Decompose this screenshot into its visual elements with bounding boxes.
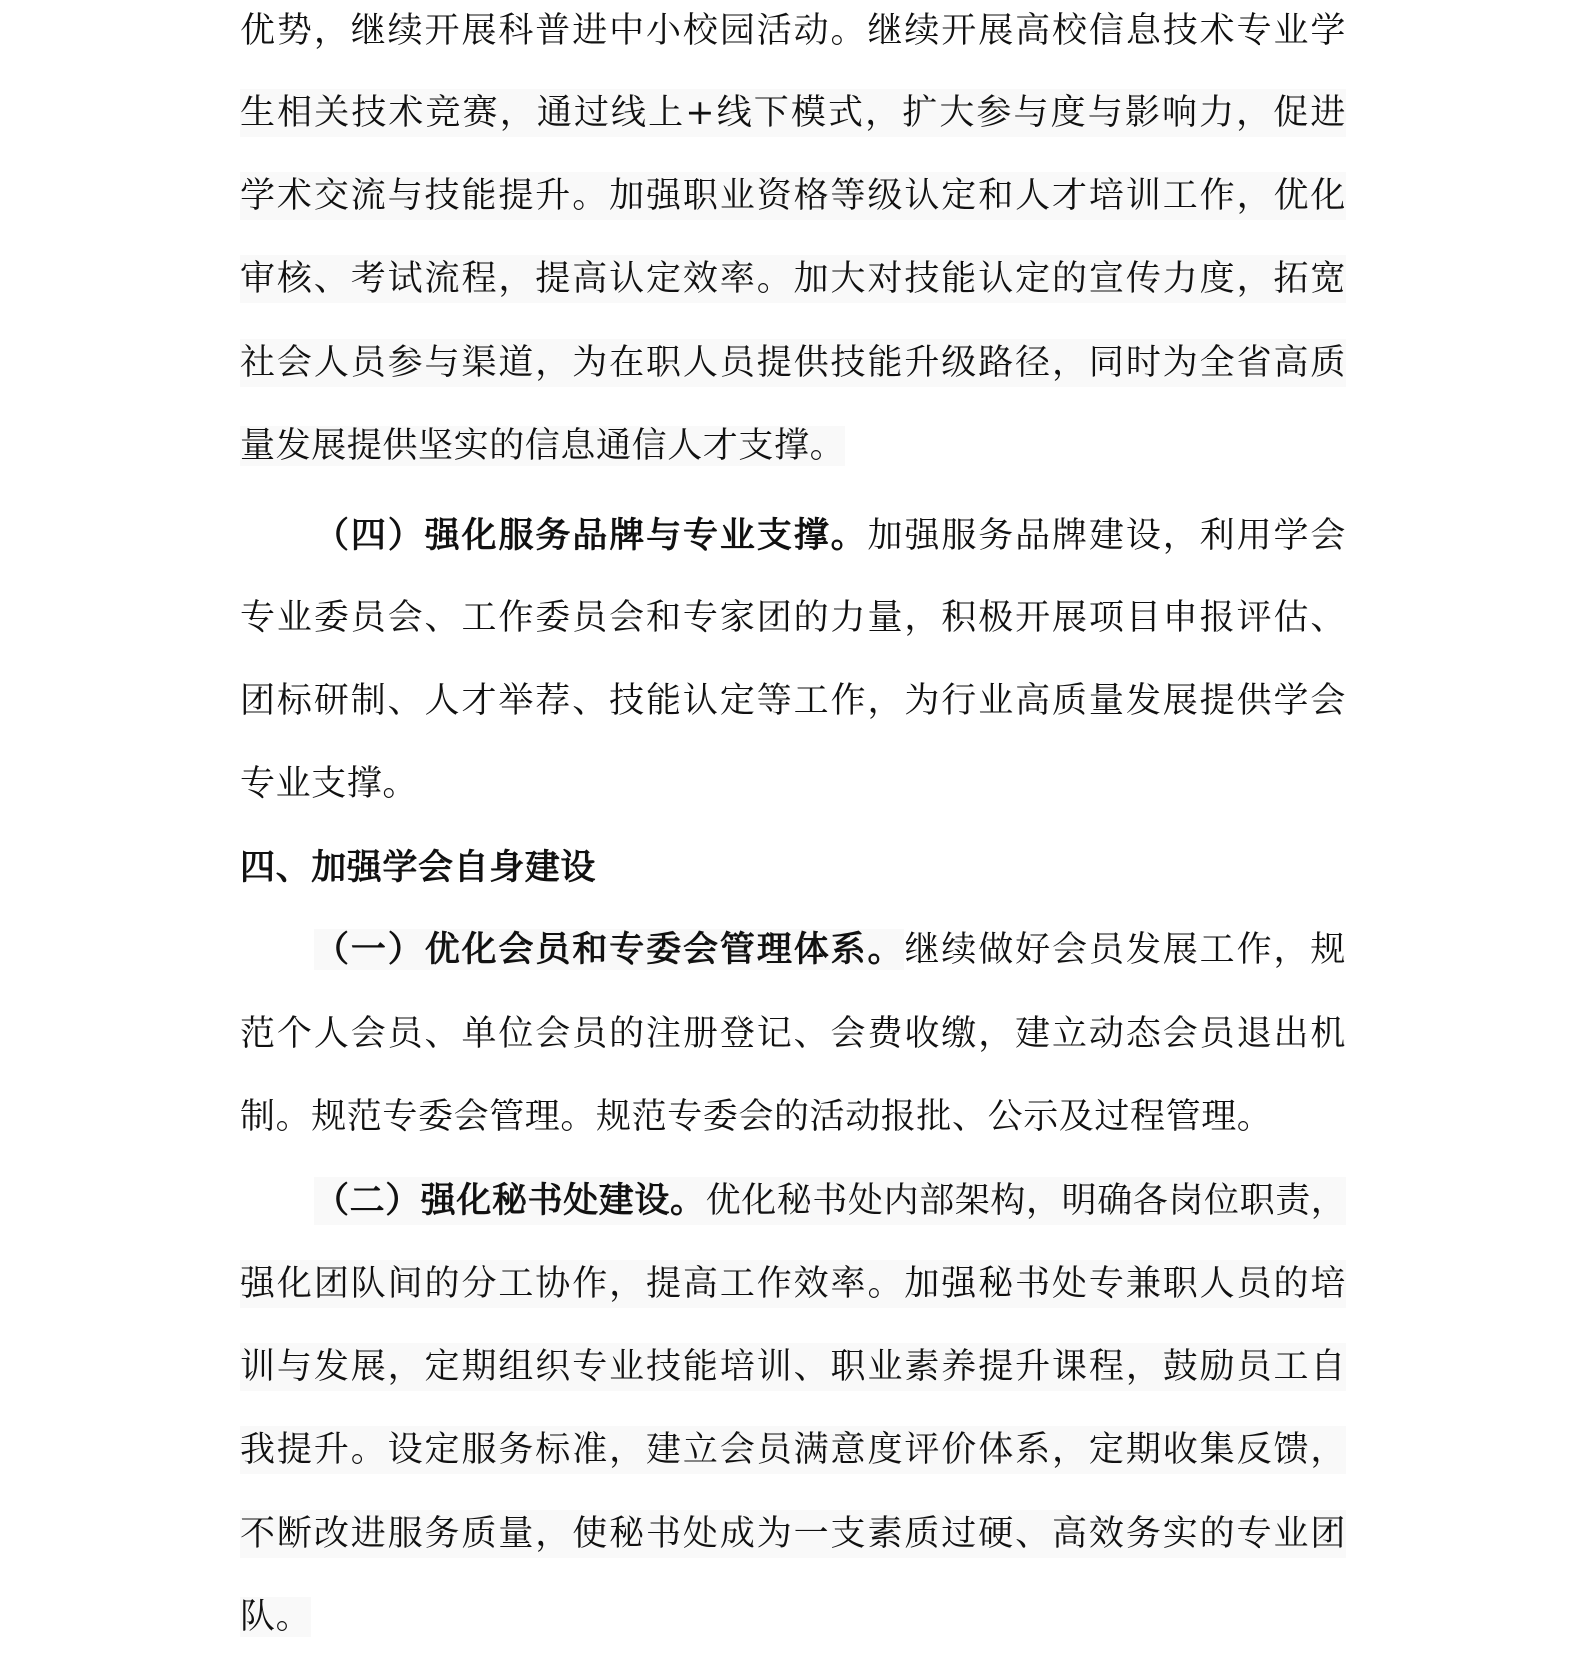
paragraph-1-line-6-text: 量发展提供坚实的信息通信人才支撑。	[240, 426, 845, 466]
paragraph-4-line-1: （二）强化秘书处建设。优化秘书处内部架构，明确各岗位职责，	[314, 1177, 1346, 1225]
paragraph-3-line-3: 制。规范专委会管理。规范专委会的活动报批、公示及过程管理。	[240, 1093, 1272, 1141]
paragraph-2-lead-text: （四）强化服务品牌与专业支撑。	[314, 515, 868, 556]
paragraph-3-lead: （一）优化会员和专委会管理体系。	[314, 929, 904, 970]
paragraph-2-lead: （四）强化服务品牌与专业支撑。	[314, 515, 868, 556]
paragraph-1-line-1: 优势，继续开展科普进中小校园活动。继续开展高校信息技术专业学	[240, 7, 1346, 55]
paragraph-3-first-line-rest: 继续做好会员发展工作，规	[904, 930, 1346, 970]
paragraph-4-line-3: 训与发展，定期组织专业技能培训、职业素养提升课程，鼓励员工自	[240, 1343, 1346, 1391]
paragraph-4-line-5: 不断改进服务质量，使秘书处成为一支素质过硬、高效务实的专业团	[240, 1510, 1346, 1558]
document-page: 优势，继续开展科普进中小校园活动。继续开展高校信息技术专业学 生相关技术竞赛，通…	[0, 0, 1587, 1660]
paragraph-2-first-line-rest: 加强服务品牌建设，利用学会	[868, 516, 1346, 556]
paragraph-4-line-2: 强化团队间的分工协作，提高工作效率。加强秘书处专兼职人员的培	[240, 1260, 1346, 1308]
paragraph-2-line-3: 团标研制、人才举荐、技能认定等工作，为行业高质量发展提供学会	[240, 677, 1346, 725]
paragraph-4-line-6: 队。	[240, 1593, 311, 1641]
paragraph-1-line-3: 学术交流与技能提升。加强职业资格等级认定和人才培训工作，优化	[240, 172, 1346, 220]
paragraph-2-line-1: （四）强化服务品牌与专业支撑。加强服务品牌建设，利用学会	[314, 512, 1346, 560]
paragraph-3-line-2: 范个人会员、单位会员的注册登记、会费收缴，建立动态会员退出机	[240, 1010, 1346, 1058]
paragraph-1-line-5: 社会人员参与渠道，为在职人员提供技能升级路径，同时为全省高质	[240, 339, 1346, 387]
paragraph-4-lead: （二）强化秘书处建设。	[314, 1180, 706, 1221]
paragraph-1-line-4: 审核、考试流程，提高认定效率。加大对技能认定的宣传力度，拓宽	[240, 255, 1346, 303]
paragraph-4-first-line-rest: 优化秘书处内部架构，明确各岗位职责，	[706, 1181, 1347, 1221]
paragraph-2-line-4: 专业支撑。	[240, 760, 418, 808]
paragraph-1-line-6: 量发展提供坚实的信息通信人才支撑。	[240, 422, 845, 470]
section-heading: 四、加强学会自身建设	[240, 844, 596, 892]
paragraph-4-line-6-text: 队。	[240, 1597, 311, 1637]
paragraph-2-line-2: 专业委员会、工作委员会和专家团的力量，积极开展项目申报评估、	[240, 594, 1346, 642]
paragraph-4-line-4: 我提升。设定服务标准，建立会员满意度评价体系，定期收集反馈，	[240, 1426, 1346, 1474]
paragraph-3-line-1: （一）优化会员和专委会管理体系。继续做好会员发展工作，规	[314, 926, 1346, 974]
paragraph-1-line-2: 生相关技术竞赛，通过线上+线下模式，扩大参与度与影响力，促进	[240, 89, 1346, 137]
